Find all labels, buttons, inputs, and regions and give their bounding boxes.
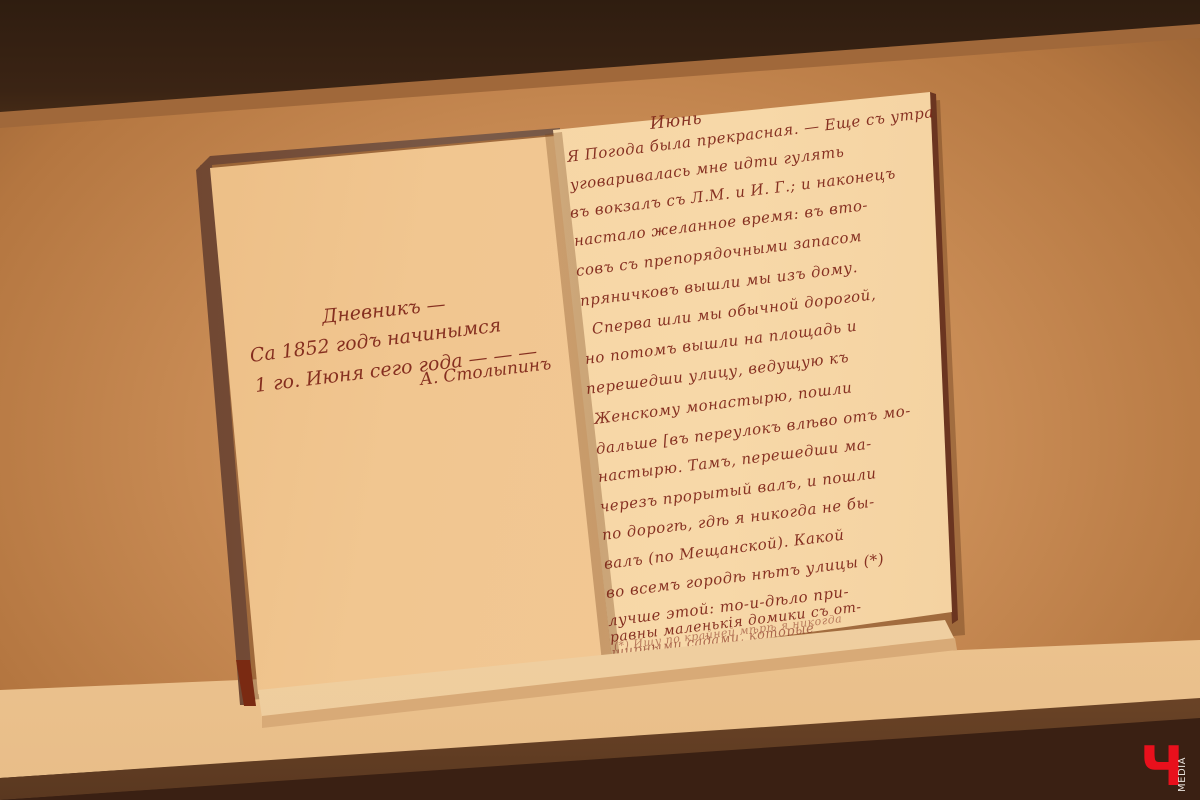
watermark-logo: Ч MEDIA <box>1140 742 1196 794</box>
logo-text: MEDIA <box>1177 744 1191 792</box>
museum-display-photo: Дневникъ — Ca 1852 годъ начинымся 1 го. … <box>0 0 1200 800</box>
